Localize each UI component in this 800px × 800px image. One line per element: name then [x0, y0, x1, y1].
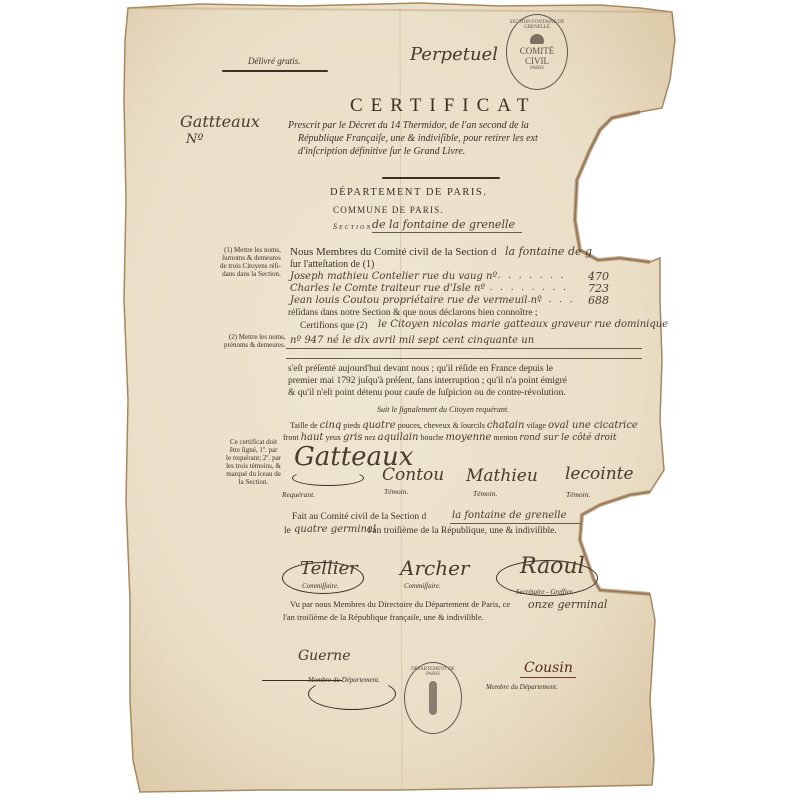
- section-name-hand: de la fontaine de grenelle: [372, 218, 515, 231]
- stamp-ring-text: DÉPARTEMENT DE PARIS: [405, 667, 461, 677]
- label: yeux: [325, 433, 341, 442]
- standing-figure-icon: [429, 681, 437, 715]
- fill-line: [286, 358, 642, 359]
- commune-heading: COMMUNE DE PARIS.: [333, 205, 444, 215]
- signature-witness-lecointe: lecointe: [565, 464, 634, 484]
- margin-name-gatteaux: Gattteaux: [180, 112, 260, 131]
- presented-line-1: s'eſt préſenté aujourd'hui devant nous ;…: [288, 364, 553, 374]
- witness-1: Joseph mathieu Contelier rue du vaug nº: [290, 271, 497, 282]
- title-rule: [382, 177, 500, 179]
- description-line-1: Taille de cinq pieds quatre pouces, chev…: [290, 420, 638, 431]
- note-line: être ſigné, 1º. par: [226, 446, 281, 454]
- mouth-value: moyenne: [446, 432, 492, 443]
- label: bouche: [420, 433, 443, 442]
- margin-number-label: Nº: [186, 132, 204, 147]
- note-line: de trois Citoyens réſi-: [220, 262, 281, 270]
- signature-flourish: [292, 470, 364, 486]
- margin-note-1: (1) Mettre les noms, ſurnoms & demeures …: [220, 246, 281, 278]
- face-value: oval une cicatrice: [548, 420, 638, 431]
- role-witness-3: Témoin.: [566, 490, 590, 499]
- presented-line-3: & qu'il n'eſt point détenu pour cauſe de…: [288, 388, 566, 398]
- note-line: les trois témoins, &: [226, 462, 281, 470]
- note-line: marqué du ſceau de: [226, 470, 281, 478]
- vu-line-2: l'an troiſième de la République françaiſ…: [283, 612, 484, 622]
- fait-year: l'an troiſième de la République, une & i…: [368, 526, 557, 536]
- signature-dept-member-1: Guerne: [298, 648, 350, 664]
- signature-commissaire-1: Tellier: [300, 558, 358, 579]
- certify-label: Certifions que (2): [300, 321, 368, 331]
- label: nez: [365, 433, 376, 442]
- label: Taille de: [290, 421, 318, 430]
- label: menton: [493, 433, 517, 442]
- handwritten-perpetuel: Perpetuel: [410, 44, 498, 65]
- preamble-line-1: Prescrit par le Décret du 14 Thermidor, …: [288, 120, 529, 131]
- section-label: Section: [333, 222, 372, 231]
- role-witness-2: Témoin.: [473, 489, 497, 498]
- certify-hand-1: le Citoyen nicolas marie gatteaux graveu…: [378, 319, 668, 330]
- fait-date-hand: quatre germinal: [294, 524, 376, 535]
- delivered-gratis: Délivré gratis.: [248, 56, 301, 66]
- fait-section-hand: la fontaine de grenelle: [452, 510, 567, 521]
- leader-dots: . . . . . . . .: [490, 282, 569, 292]
- hair-value: chatain: [487, 420, 525, 431]
- label: pieds: [343, 421, 360, 430]
- label: front: [283, 433, 299, 442]
- note-line: ſurnoms & demeures: [220, 254, 281, 262]
- stamp-ring-text: SECTION FONTAINE DE GRENELLE: [507, 20, 567, 30]
- height-inches-value: quatre: [362, 420, 396, 431]
- note-line: prénoms & demeures.: [224, 341, 286, 349]
- nous-section-hand: la fontaine de g: [505, 245, 592, 258]
- witness-2: Charles le Comte traiteur rue d'Isle nº: [290, 283, 485, 294]
- margin-note-3: Ce certificat doit être ſigné, 1º. par l…: [226, 438, 281, 486]
- departement-de-paris-stamp: DÉPARTEMENT DE PARIS: [404, 662, 462, 734]
- note-line: Ce certificat doit: [226, 438, 281, 446]
- note-line: le requérant; 2º. par: [226, 454, 281, 462]
- preamble-line-3: d'inſcription définitive ſur le Grand Li…: [298, 146, 465, 157]
- department-heading: DÉPARTEMENT DE PARIS.: [330, 187, 487, 198]
- certify-hand-2: nº 947 né le dix avril mil sept cent cin…: [290, 335, 534, 346]
- height-feet-value: cinq: [320, 420, 342, 431]
- vu-date-hand: onze germinal: [528, 598, 607, 611]
- decorative-rule: [222, 70, 328, 72]
- vu-line-1: Vu par nous Membres du Directoire du Dép…: [290, 599, 510, 609]
- role-witness-1: Témoin.: [384, 487, 408, 496]
- signature-witness-mathieu: Mathieu: [466, 466, 538, 486]
- signature-dept-member-2: Cousin: [524, 660, 573, 676]
- comite-civil-stamp: SECTION FONTAINE DE GRENELLE COMITÉ CIVI…: [506, 14, 568, 90]
- witness-3-number: 688: [588, 294, 609, 307]
- stamp-line-2: CIVIL: [507, 56, 567, 66]
- certificate-document: Délivré gratis. Perpetuel SECTION FONTAI…: [0, 0, 800, 800]
- stamp-line-1: COMITÉ: [507, 46, 567, 56]
- stamp-bottom-text: PARIS: [507, 66, 567, 71]
- witness-3: Jean louis Coutou propriétaire rue de ve…: [290, 295, 542, 306]
- fill-line: [450, 523, 580, 524]
- label: viſage: [526, 421, 546, 430]
- label: pouces, cheveux & ſourcils: [398, 421, 485, 430]
- preamble-line-2: République Françaiſe, une & indiviſible,…: [298, 133, 538, 144]
- note-line: (2) Mettre les noms,: [224, 333, 286, 341]
- note-line: (1) Mettre les noms,: [220, 246, 281, 254]
- signature-witness-contou: Contou: [382, 465, 444, 485]
- margin-note-2: (2) Mettre les noms, prénoms & demeures.: [224, 333, 286, 349]
- attestation-line: ſur l'atteſtation de (1): [290, 259, 374, 270]
- fait-line: Fait au Comité civil de la Section d: [292, 512, 426, 522]
- fill-line: [372, 232, 522, 233]
- chin-value: rond sur le côté droit: [519, 433, 616, 443]
- role-commissaire-2: Commiſſaire.: [404, 582, 441, 590]
- note-line: la Section.: [226, 478, 281, 486]
- fait-le-label: le: [284, 526, 291, 536]
- role-dept-member-2: Membre du Département.: [486, 683, 558, 691]
- role-requerant: Requérant.: [282, 490, 315, 499]
- bell-icon: [530, 34, 544, 44]
- nous-line: Nous Membres du Comité civil de la Secti…: [290, 246, 497, 258]
- signature-secretaire: Raoul: [520, 554, 585, 579]
- note-line: dans dans la Section.: [220, 270, 281, 278]
- signature-flourish: [308, 678, 396, 710]
- presented-line-2: premier mai 1792 juſqu'à préſent, ſans i…: [288, 376, 567, 386]
- role-secretaire: Secrétaire - Greffier.: [516, 588, 574, 596]
- leader-dots: . . . . . . .: [498, 270, 566, 280]
- certificate-title: CERTIFICAT: [350, 95, 537, 117]
- signature-underline: [520, 677, 576, 678]
- fill-line: [286, 348, 642, 349]
- signature-commissaire-2: Archer: [400, 556, 469, 580]
- residing-line: réſidans dans notre Section & que nous d…: [288, 308, 538, 318]
- leader-dots: . . . . .: [528, 294, 575, 304]
- signalement-heading: Suit le ſignalement du Citoyen requérant…: [377, 405, 509, 414]
- role-commissaire-1: Commiſſaire.: [302, 582, 339, 590]
